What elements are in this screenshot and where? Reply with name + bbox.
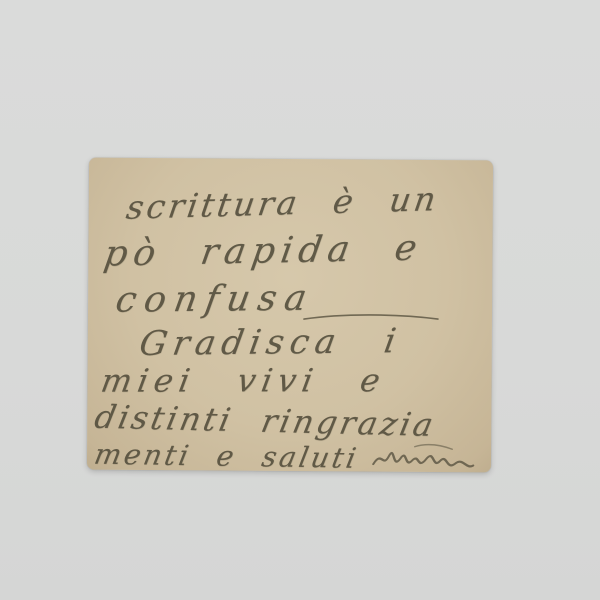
handwritten-card: scrittura è un pò rapida e confusa Gradi… [87, 158, 493, 473]
handwriting-line-1: scrittura è un [124, 179, 442, 227]
handwriting-line-5: miei vivi e [98, 361, 389, 399]
handwriting-line-3: confusa [113, 278, 318, 321]
photo-background: scrittura è un pò rapida e confusa Gradi… [0, 0, 600, 600]
handwriting-line-7-text: menti e saluti [92, 438, 362, 475]
handwriting-line-4: Gradisca i [136, 321, 404, 364]
handwriting-line-2: pò rapida e [101, 228, 425, 275]
signature-scrawl [369, 440, 479, 476]
handwriting-line-7: menti e saluti [92, 436, 480, 477]
